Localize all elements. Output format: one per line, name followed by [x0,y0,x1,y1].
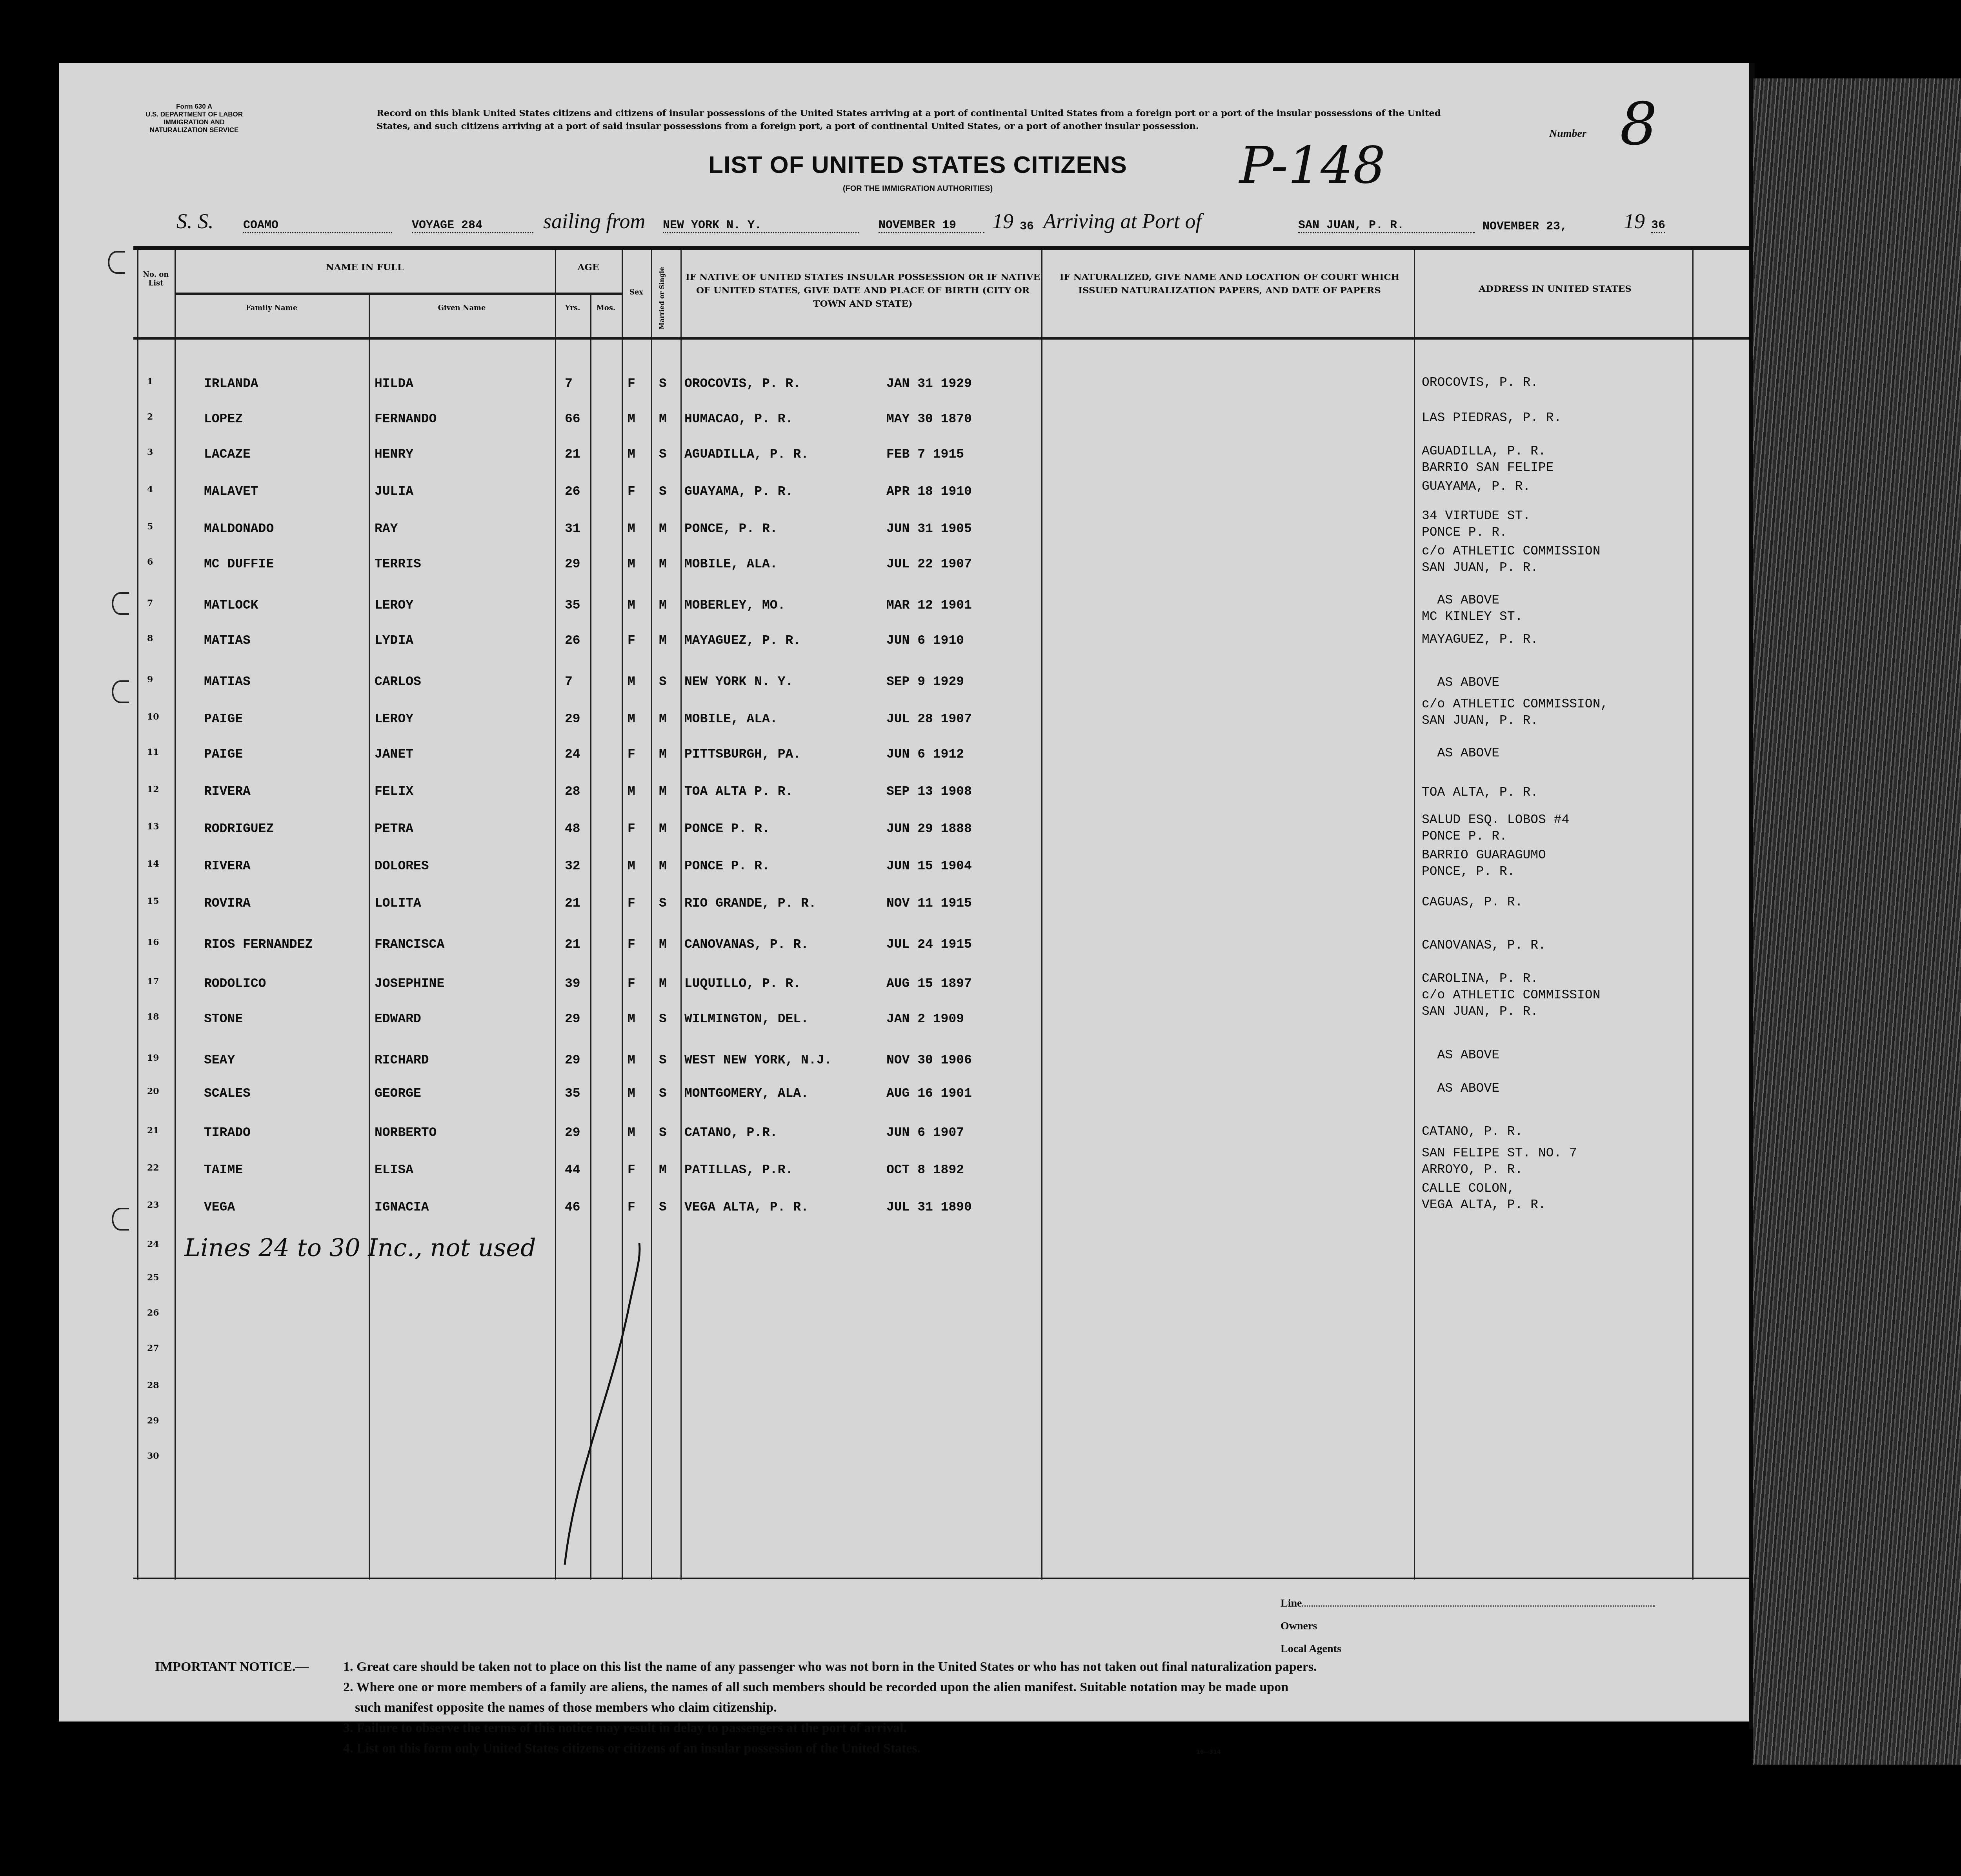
address-entry: AS ABOVE [1422,1080,1499,1097]
service-line-1: IMMIGRATION AND [129,118,259,126]
family-name: PAIGE [204,712,243,726]
row-number: 13 [147,822,159,832]
signature-block: Line Owners Local Agents [1281,1592,1655,1660]
marital-status: M [659,976,667,991]
row-number: 18 [147,1012,159,1022]
sex: M [628,447,635,462]
address-entry: 34 VIRTUDE ST. PONCE P. R. [1422,508,1530,541]
marital-status: S [659,896,667,911]
punch-mark [112,680,129,703]
birth-place: WILMINGTON, DEL. [684,1012,809,1026]
marital-status: M [659,633,667,648]
sex: F [628,1200,635,1214]
family-name: SCALES [204,1086,251,1101]
marital-status: S [659,1125,667,1140]
departure-year: 36 [1020,220,1034,233]
birth-date: JAN 31 1929 [886,376,972,391]
age-years: 31 [565,522,580,536]
marital-status: M [659,859,667,873]
birth-place: PITTSBURGH, PA. [684,747,801,762]
age-years: 7 [565,376,573,391]
col-line [680,250,682,1580]
header-age: AGE [555,261,622,274]
birth-place: RIO GRANDE, P. R. [684,896,817,911]
given-name: JANET [375,747,413,762]
sex: F [628,1163,635,1177]
sheet-number: 8 [1620,90,1657,158]
birth-date: SEP 13 1908 [886,784,972,799]
notice-items: 1. Great care should be taken not to pla… [343,1657,1834,1759]
header-no-on-list: No. on List [137,271,175,288]
given-name: NORBERTO [375,1125,437,1140]
address-entry: AS ABOVE [1422,674,1499,691]
family-name: SEAY [204,1053,235,1067]
row-number: 16 [147,937,159,947]
row-number: 9 [147,674,153,685]
birth-place: HUMACAO, P. R. [684,412,793,426]
col-line [175,250,176,1580]
birth-place: WEST NEW YORK, N.J. [684,1053,832,1067]
family-name: MALAVET [204,484,258,499]
page-title: LIST OF UNITED STATES CITIZENS [663,151,1173,179]
marital-status: S [659,484,667,499]
row-number: 12 [147,784,159,794]
family-name: RIVERA [204,859,251,873]
col-line [1414,250,1415,1580]
birth-date: MAR 12 1901 [886,598,972,613]
row-number: 10 [147,712,159,722]
sex: F [628,976,635,991]
family-name: LACAZE [204,447,251,462]
birth-date: JUL 28 1907 [886,712,972,726]
family-name: MATLOCK [204,598,258,613]
given-name: DOLORES [375,859,429,873]
birth-place: PATILLAS, P.R. [684,1163,793,1177]
age-years: 39 [565,976,580,991]
row-number: 26 [147,1308,159,1318]
family-name: TIRADO [204,1125,251,1140]
row-number: 20 [147,1086,159,1096]
marital-status: M [659,1163,667,1177]
marital-status: S [659,1086,667,1101]
birth-date: JUL 31 1890 [886,1200,972,1214]
age-years: 21 [565,937,580,952]
sex: M [628,598,635,613]
given-name: EDWARD [375,1012,421,1026]
birth-date: AUG 16 1901 [886,1086,972,1101]
row-number: 28 [147,1380,159,1391]
family-name: STONE [204,1012,243,1026]
col-line [1041,250,1042,1580]
sex: F [628,896,635,911]
row-number: 30 [147,1451,159,1461]
family-name: RODRIGUEZ [204,822,274,836]
notice-item-1: 1. Great care should be taken not to pla… [343,1657,1834,1677]
age-years: 28 [565,784,580,799]
marital-status: S [659,447,667,462]
birth-place: TOA ALTA P. R. [684,784,793,799]
age-years: 29 [565,712,580,726]
birth-place: PONCE P. R. [684,859,770,873]
row-number: 5 [147,522,153,532]
punch-mark [108,251,125,274]
age-years: 46 [565,1200,580,1214]
table-bottom-rule [133,1578,1749,1579]
sex: M [628,412,635,426]
address-entry: LAS PIEDRAS, P. R. [1422,410,1561,426]
family-name: ROVIRA [204,896,251,911]
given-name: GEORGE [375,1086,421,1101]
birth-place: CATANO, P.R. [684,1125,778,1140]
age-years: 21 [565,896,580,911]
address-entry: AGUADILLA, P. R. BARRIO SAN FELIPE [1422,443,1554,476]
marital-status: M [659,784,667,799]
birth-date: OCT 8 1892 [886,1163,964,1177]
service-line-2: NATURALIZATION SERVICE [129,126,259,134]
address-entry: CALLE COLON, VEGA ALTA, P. R. [1422,1180,1546,1213]
age-years: 24 [565,747,580,762]
form-identifier: Form 630 A U.S. DEPARTMENT OF LABOR IMMI… [129,103,259,134]
row-number: 14 [147,859,159,869]
header-name-in-full: NAME IN FULL [175,261,555,274]
header-bottom-rule [133,337,1749,340]
given-name: CARLOS [375,674,421,689]
birth-place: PONCE, P. R. [684,522,778,536]
address-entry: AS ABOVE MC KINLEY ST. [1422,592,1523,625]
age-years: 29 [565,557,580,571]
sex: M [628,859,635,873]
given-name: FERNANDO [375,412,437,426]
form-code: 16—314 [1196,1749,1221,1755]
address-entry: c/o ATHLETIC COMMISSION SAN JUAN, P. R. [1422,543,1600,576]
family-name: MC DUFFIE [204,557,274,571]
arrival-date: NOVEMBER 23, [1483,220,1567,233]
birth-place: GUAYAMA, P. R. [684,484,793,499]
birth-date: JUL 24 1915 [886,937,972,952]
sex: M [628,1125,635,1140]
sex: M [628,1053,635,1067]
sex: F [628,633,635,648]
birth-date: JUN 6 1907 [886,1125,964,1140]
age-years: 26 [565,633,580,648]
family-name: IRLANDA [204,376,258,391]
given-name: TERRIS [375,557,421,571]
header-family-name: Family Name [175,304,369,313]
birth-date: JUN 6 1912 [886,747,964,762]
sex: F [628,376,635,391]
departure-port: NEW YORK N. Y. [663,219,859,233]
marital-status: S [659,674,667,689]
address-entry: AS ABOVE [1422,745,1499,762]
birth-place: OROCOVIS, P. R. [684,376,801,391]
address-entry: CAGUAS, P. R. [1422,894,1523,911]
birth-date: SEP 9 1929 [886,674,964,689]
age-years: 32 [565,859,580,873]
address-entry: TOA ALTA, P. R. [1422,784,1538,801]
voyage-line: S. S. COAMO VOYAGE 284 sailing from NEW … [176,206,1686,237]
family-name: RIOS FERNANDEZ [204,937,313,952]
row-number: 22 [147,1163,159,1173]
birth-date: JUN 6 1910 [886,633,964,648]
address-entry: SALUD ESQ. LOBOS #4 PONCE P. R. [1422,812,1569,845]
age-years: 29 [565,1012,580,1026]
given-name: HENRY [375,447,413,462]
given-name: FRANCISCA [375,937,444,952]
family-name: RIVERA [204,784,251,799]
sex: F [628,747,635,762]
row-number: 17 [147,976,159,987]
family-name: PAIGE [204,747,243,762]
row-number: 24 [147,1239,159,1249]
birth-place: VEGA ALTA, P. R. [684,1200,809,1214]
family-name: MALDONADO [204,522,274,536]
given-name: LEROY [375,598,413,613]
notice-item-2-continued: such manifest opposite the names of thos… [343,1698,1834,1718]
given-name: PETRA [375,822,413,836]
arrival-port: SAN JUAN, P. R. [1298,219,1475,233]
notice-item-4: 4. List on this form only United States … [343,1738,1834,1759]
address-entry: CAROLINA, P. R. c/o ATHLETIC COMMISSION … [1422,971,1600,1020]
marital-status: M [659,747,667,762]
handwritten-stamp-number: P-148 [1239,135,1385,195]
line-label: Line [1281,1592,1655,1615]
record-instructions: Record on this blank United States citiz… [377,107,1459,133]
row-number: 21 [147,1125,159,1136]
age-years: 48 [565,822,580,836]
family-name: MATIAS [204,633,251,648]
ship-name: COAMO [243,219,392,233]
given-name: LOLITA [375,896,421,911]
marital-status: M [659,412,667,426]
given-name: RAY [375,522,398,536]
given-name: LEROY [375,712,413,726]
ss-label: S. S. [176,209,214,233]
birth-place: CANOVANAS, P. R. [684,937,809,952]
col-line [1692,250,1694,1580]
address-entry: GUAYAMA, P. R. [1422,478,1530,495]
marital-status: M [659,822,667,836]
departure-date: NOVEMBER 19 [879,219,984,233]
given-name: ELISA [375,1163,413,1177]
birth-place: MOBILE, ALA. [684,557,778,571]
family-name: TAIME [204,1163,243,1177]
birth-date: JAN 2 1909 [886,1012,964,1026]
header-address: ADDRESS IN UNITED STATES [1418,282,1692,296]
form-number: Form 630 A [129,103,259,111]
year-prefix-2: 19 [1624,209,1645,233]
sex: M [628,557,635,571]
birth-place: NEW YORK N. Y. [684,674,793,689]
family-name: LOPEZ [204,412,243,426]
birth-date: JUN 29 1888 [886,822,972,836]
page-subtitle: (FOR THE IMMIGRATION AUTHORITIES) [663,184,1173,193]
row-number: 29 [147,1416,159,1426]
family-name: MATIAS [204,674,251,689]
sex: F [628,822,635,836]
row-number: 15 [147,896,159,906]
address-entry: CATANO, P. R. [1422,1123,1523,1140]
address-entry: AS ABOVE [1422,1047,1499,1063]
marital-status: S [659,1200,667,1214]
sex: F [628,937,635,952]
row-number: 7 [147,598,153,608]
row-number: 27 [147,1343,159,1353]
birth-date: APR 18 1910 [886,484,972,499]
address-entry: c/o ATHLETIC COMMISSION, SAN JUAN, P. R. [1422,696,1608,729]
header-months: Mos. [590,304,622,313]
sex: M [628,784,635,799]
marital-status: M [659,557,667,571]
notice-label: IMPORTANT NOTICE.— [155,1657,309,1677]
header-birth: IF NATIVE OF UNITED STATES INSULAR POSSE… [684,271,1041,311]
given-name: JOSEPHINE [375,976,444,991]
given-name: HILDA [375,376,413,391]
marital-status: M [659,712,667,726]
notice-item-3: 3. Failure to observe the terms of this … [343,1718,1834,1738]
age-years: 35 [565,598,580,613]
marital-status: M [659,937,667,952]
header-married-single-label: Married or Single [658,255,666,329]
row-number: 1 [147,376,153,387]
col-line [369,293,370,1580]
age-years: 7 [565,674,573,689]
scan-background-edge [1753,78,1961,1765]
birth-date: JUN 15 1904 [886,859,972,873]
sailing-from-label: sailing from [543,209,646,233]
address-entry: SAN FELIPE ST. NO. 7 ARROYO, P. R. [1422,1145,1577,1178]
birth-place: MOBERLEY, MO. [684,598,785,613]
row-number: 8 [147,633,153,644]
birth-date: MAY 30 1870 [886,412,972,426]
department: U.S. DEPARTMENT OF LABOR [129,111,259,118]
arriving-label: Arriving at Port of [1043,209,1202,233]
birth-place: AGUADILLA, P. R. [684,447,809,462]
row-number: 6 [147,557,153,567]
punch-mark [112,1208,129,1231]
given-name: LYDIA [375,633,413,648]
marital-status: M [659,522,667,536]
row-number: 25 [147,1272,159,1283]
row-number: 3 [147,447,153,457]
age-years: 35 [565,1086,580,1101]
sex: M [628,712,635,726]
birth-date: JUL 22 1907 [886,557,972,571]
sex: M [628,674,635,689]
marital-status: S [659,1053,667,1067]
sex: M [628,522,635,536]
age-years: 44 [565,1163,580,1177]
sex: M [628,1012,635,1026]
address-entry: BARRIO GUARAGUMO PONCE, P. R. [1422,847,1546,880]
row-number: 4 [147,484,153,494]
marital-status: M [659,598,667,613]
marital-status: S [659,376,667,391]
given-name: JULIA [375,484,413,499]
birth-place: MAYAGUEZ, P. R. [684,633,801,648]
given-name: RICHARD [375,1053,429,1067]
age-years: 66 [565,412,580,426]
number-label: Number [1549,127,1586,140]
address-entry: OROCOVIS, P. R. [1422,374,1538,391]
header-given-name: Given Name [369,304,555,313]
family-name: RODOLICO [204,976,266,991]
address-entry: MAYAGUEZ, P. R. [1422,631,1538,648]
header-naturalized: IF NATURALIZED, GIVE NAME AND LOCATION O… [1045,271,1414,297]
address-entry: CANOVANAS, P. R. [1422,937,1546,954]
handwritten-strike-line [510,1235,667,1569]
given-name: FELIX [375,784,413,799]
row-number: 2 [147,412,153,422]
arrival-year: 36 [1651,219,1665,233]
birth-place: MOBILE, ALA. [684,712,778,726]
sex: F [628,484,635,499]
owners-label: Owners [1281,1615,1655,1638]
header-sex: Sex [622,288,651,297]
age-years: 29 [565,1053,580,1067]
birth-date: AUG 15 1897 [886,976,972,991]
voyage-number: VOYAGE 284 [412,219,533,233]
row-number: 23 [147,1200,159,1210]
given-name: IGNACIA [375,1200,429,1214]
row-number: 11 [147,747,159,757]
notice-item-2: 2. Where one or more members of a family… [343,1677,1834,1698]
birth-place: PONCE P. R. [684,822,770,836]
birth-date: FEB 7 1915 [886,447,964,462]
row-number: 19 [147,1053,159,1063]
header-years: Yrs. [555,304,590,313]
col-line [137,250,138,1580]
marital-status: S [659,1012,667,1026]
handwritten-note: Lines 24 to 30 Inc., not used [184,1233,536,1262]
family-name: VEGA [204,1200,235,1214]
age-years: 29 [565,1125,580,1140]
birth-place: MONTGOMERY, ALA. [684,1086,809,1101]
birth-date: NOV 11 1915 [886,896,972,911]
birth-place: LUQUILLO, P. R. [684,976,801,991]
age-years: 21 [565,447,580,462]
header-divider [175,293,622,295]
age-years: 26 [565,484,580,499]
birth-date: JUN 31 1905 [886,522,972,536]
birth-date: NOV 30 1906 [886,1053,972,1067]
header-married-single: Married or Single [654,255,678,333]
sex: M [628,1086,635,1101]
year-prefix: 19 [992,209,1013,233]
punch-mark [112,592,129,615]
